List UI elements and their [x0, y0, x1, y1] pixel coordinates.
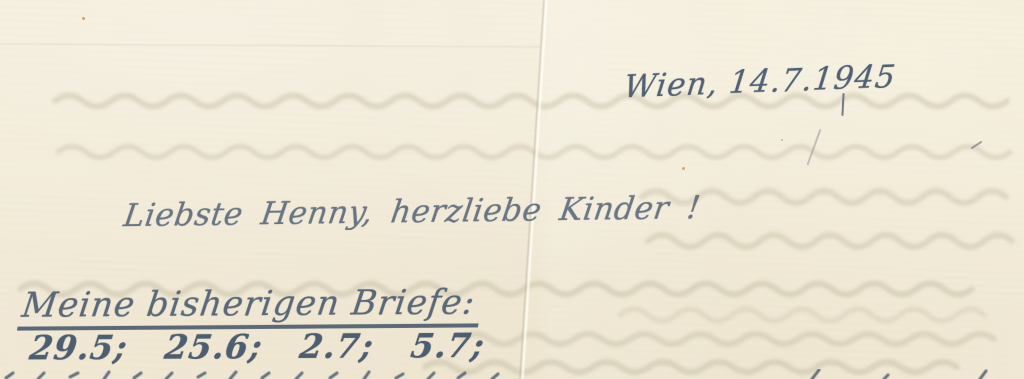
previous-letters-dates: 29.5; 25.6; 2.7; 5.7;	[27, 326, 487, 367]
paper-speck	[781, 139, 783, 141]
letter-page: Wien, 14.7.1945 Liebste Henny, herzliebe…	[0, 0, 1024, 379]
paper-speck	[682, 167, 685, 170]
cut-off-next-line	[6, 370, 986, 379]
paper-speck	[82, 17, 85, 20]
previous-letters-heading: Meine bisherigen Briefe:	[17, 282, 484, 330]
